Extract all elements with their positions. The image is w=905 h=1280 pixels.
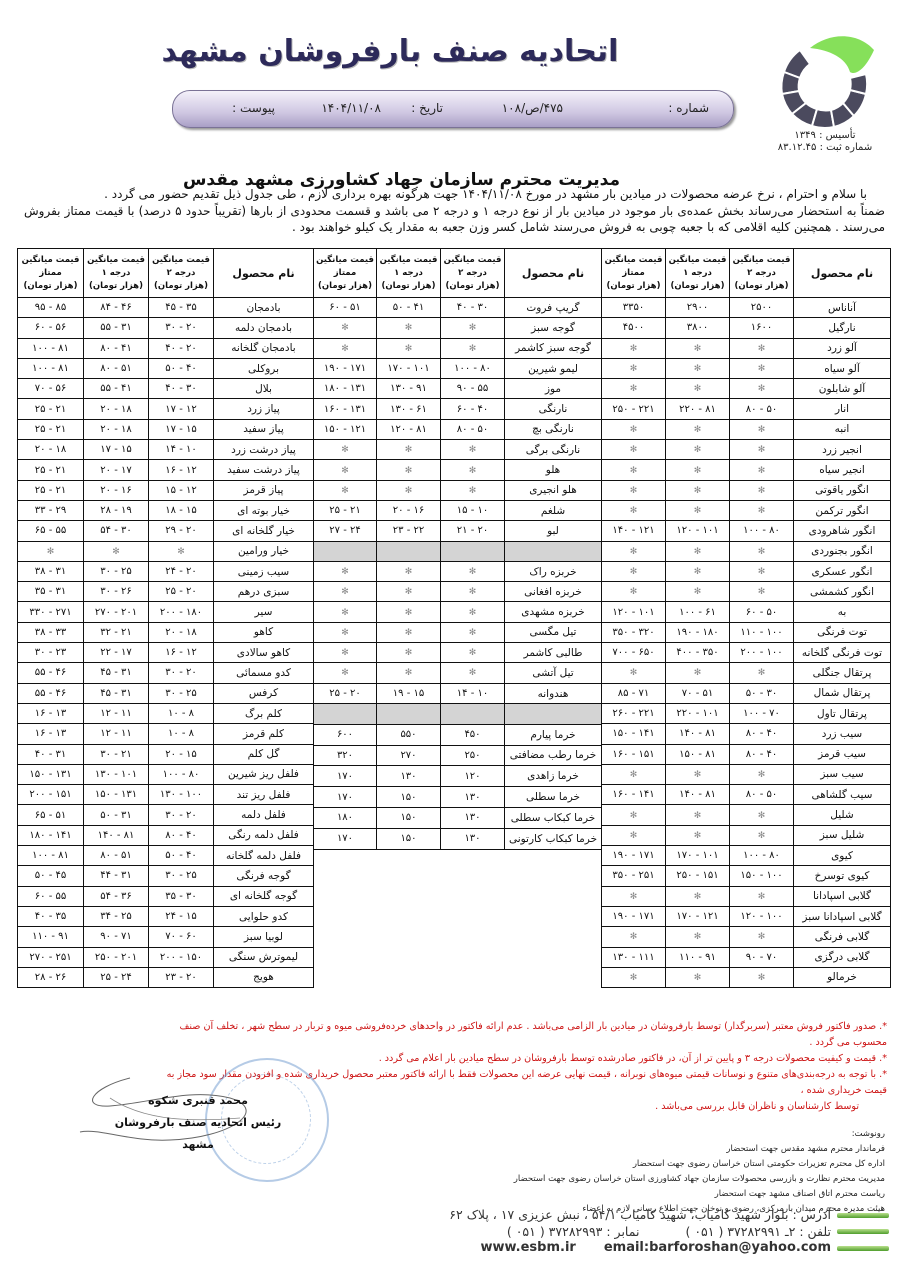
premium-price: ۱۷۱ - ۱۹۰ — [602, 906, 666, 926]
empty-marker-icon: ✻ — [758, 567, 766, 577]
empty-marker-icon: ✻ — [758, 445, 766, 455]
table-row: گوجه فرنگی۲۵ - ۳۰۳۱ - ۴۴۴۵ - ۵۰ — [18, 866, 314, 886]
premium-price: ✻ — [602, 764, 666, 784]
grade2-price: ✻ — [730, 561, 794, 581]
premium-price: ۲۱ - ۲۵ — [18, 460, 84, 480]
product-name: فلفل دلمه رنگی — [214, 825, 314, 845]
grade1-price: ۳۸۰۰ — [666, 318, 730, 338]
grade1-price: ✻ — [666, 358, 730, 378]
grade2-price: ✻ — [441, 338, 505, 358]
org-title: اتحادیه صنف بارفروشان مشهد — [150, 34, 630, 69]
premium-price: ۱۱۱ - ۱۳۰ — [602, 947, 666, 967]
registration-number: شماره ثبت : ۸۳.۱۲.۴۵ — [760, 142, 890, 154]
empty-marker-icon: ✻ — [469, 648, 477, 658]
grade1-price: ✻ — [377, 663, 441, 683]
premium-price: ۱۲۱ - ۱۴۰ — [602, 521, 666, 541]
product-name: گلابی درگزی — [794, 947, 891, 967]
product-name: آلو شابلون — [794, 379, 891, 399]
product-name: انگور عسکری — [794, 561, 891, 581]
premium-price: ✻ — [314, 338, 377, 358]
grade1-price: ۳۱ - ۴۵ — [84, 683, 149, 703]
header-grade1-price: قیمت میانگیندرجه ۱(هزار تومان) — [84, 249, 149, 298]
premium-price: ۲۱ - ۲۵ — [18, 480, 84, 500]
grade1-price: ۲۵ - ۳۴ — [84, 906, 149, 926]
premium-price: ✻ — [602, 358, 666, 378]
empty-marker-icon: ✻ — [694, 466, 702, 476]
grade2-price: ✻ — [441, 643, 505, 663]
product-name: گلابی اسپادانا — [794, 886, 891, 906]
grade2-price: ۱۳۰ — [441, 828, 505, 849]
premium-price: ۲۲۱ - ۲۵۰ — [602, 399, 666, 419]
empty-marker-icon: ✻ — [758, 425, 766, 435]
table-row: خیار ورامین✻✻✻ — [18, 541, 314, 561]
table-row: فلفل دلمه گلخانه۴۰ - ۵۰۵۱ - ۸۰۸۱ - ۱۰۰ — [18, 846, 314, 866]
product-name: کلم قرمز — [214, 724, 314, 744]
grade1-price: ۱۵۰ — [377, 787, 441, 808]
header-line: قیمت میانگین — [377, 254, 440, 267]
product-name: پیاز قرمز — [214, 480, 314, 500]
signatory-name: محمد قنبری شکوه — [108, 1090, 288, 1112]
table-row: لیموترش سنگی۱۵۰ - ۲۰۰۲۰۱ - ۲۵۰۲۵۱ - ۲۷۰ — [18, 947, 314, 967]
product-name: خرما زاهدی — [505, 766, 602, 787]
premium-price: ۶۰۰ — [314, 724, 377, 745]
product-name: نارنگی برگی — [505, 440, 602, 460]
grade1-price: ✻ — [666, 338, 730, 358]
product-name: شلیل سبز — [794, 825, 891, 845]
grade2-price: ۳۵ - ۴۵ — [149, 298, 214, 318]
grade2-price: ۳۰ - ۴۰ — [149, 379, 214, 399]
product-name: هلو انجیری — [505, 480, 602, 500]
date-value: ۱۴۰۴/۱۱/۰۸ — [321, 101, 381, 115]
product-name: بلال — [214, 379, 314, 399]
product-name: شلیل — [794, 805, 891, 825]
premium-price: ۱۲۱ - ۱۵۰ — [314, 419, 377, 439]
product-name: انجیر زرد — [794, 440, 891, 460]
grade1-price: ✻ — [377, 602, 441, 622]
grade1-price: ✻ — [666, 541, 730, 561]
table-row: کلم برگ۸ - ۱۰۱۱ - ۱۲۱۳ - ۱۶ — [18, 703, 314, 723]
grade2-price: ۸۰ - ۱۰۰ — [441, 358, 505, 378]
empty-marker-icon: ✻ — [405, 567, 413, 577]
grade2-price: ۲۰ - ۴۰ — [149, 338, 214, 358]
product-name: بادمجان گلخانه — [214, 338, 314, 358]
table-row: کدو حلوایی۱۵ - ۲۴۲۵ - ۳۴۳۵ - ۴۰ — [18, 906, 314, 926]
premium-price: ✻ — [602, 967, 666, 987]
premium-price: ✻ — [314, 460, 377, 480]
product-name: انگور یاقوتی — [794, 480, 891, 500]
table-row: انگور شاهرودی۸۰ - ۱۰۰۱۰۱ - ۱۲۰۱۲۱ - ۱۴۰ — [602, 521, 891, 541]
product-name: پیاز درشت سفید — [214, 460, 314, 480]
grade1-price: ✻ — [666, 440, 730, 460]
grade2-price: ۴۵۰ — [441, 724, 505, 745]
product-name: خرمالو — [794, 967, 891, 987]
grade1-price: ✻ — [666, 764, 730, 784]
grade2-price: ✻ — [730, 967, 794, 987]
grade2-price: ✻ — [730, 379, 794, 399]
product-name: گوجه گلخانه ای — [214, 886, 314, 906]
grade2-price: ۵۰ - ۶۰ — [730, 602, 794, 622]
grade1-price: ✻ — [377, 318, 441, 338]
empty-marker-icon: ✻ — [630, 973, 638, 983]
header-line: قیمت میانگین — [441, 254, 504, 267]
empty-marker-icon: ✻ — [758, 811, 766, 821]
grade2-price: ۸ - ۱۰ — [149, 703, 214, 723]
grade1-price — [377, 541, 441, 561]
empty-marker-icon: ✻ — [47, 547, 55, 557]
empty-marker-icon: ✻ — [630, 587, 638, 597]
premium-price: ۱۸ - ۲۰ — [18, 440, 84, 460]
table-row: آلو سیاه✻✻✻ — [602, 358, 891, 378]
grade2-price: ✻ — [730, 460, 794, 480]
header-line: درجه ۲ — [149, 267, 213, 280]
premium-price: ✻ — [602, 541, 666, 561]
grade2-price: ✻ — [730, 825, 794, 845]
grade2-price: ۲۰ - ۲۱ — [441, 521, 505, 541]
product-name: هلو — [505, 460, 602, 480]
product-name — [505, 541, 602, 561]
product-name: انبه — [794, 419, 891, 439]
premium-price: ۲۴ - ۲۷ — [314, 521, 377, 541]
product-name: تیل آتشی — [505, 663, 602, 683]
header-line: ممتاز — [314, 267, 376, 280]
grade2-price: ✻ — [730, 764, 794, 784]
product-name: بادمجان — [214, 298, 314, 318]
grade2-price: ۵۰ - ۸۰ — [730, 399, 794, 419]
grade1-price: ۷۱ - ۹۰ — [84, 927, 149, 947]
grade1-price: ۳۱ - ۴۵ — [84, 663, 149, 683]
empty-marker-icon: ✻ — [758, 932, 766, 942]
grade2-price: ۱۰ - ۱۴ — [149, 440, 214, 460]
table-row: انگور عسکری✻✻✻ — [602, 561, 891, 581]
table-row: خربزه مشهدی✻✻✻ — [314, 602, 602, 622]
grade2-price: ✻ — [730, 541, 794, 561]
grade2-price: ۱۵ - ۲۰ — [149, 744, 214, 764]
grade1-price: ✻ — [666, 379, 730, 399]
product-name: فلفل ریز تند — [214, 785, 314, 805]
product-name: تیل مگسی — [505, 622, 602, 642]
product-name: فلفل ریز شیرین — [214, 764, 314, 784]
grade1-price: ۵۱ - ۸۰ — [84, 846, 149, 866]
header-line: درجه ۲ — [730, 267, 793, 280]
grade1-price: ۲۱ - ۳۲ — [84, 622, 149, 642]
logo-meta: تأسیس : ۱۳۴۹ شماره ثبت : ۸۳.۱۲.۴۵ — [760, 130, 890, 154]
product-name: آناناس — [794, 298, 891, 318]
grade1-price: ۱۵۰ — [377, 828, 441, 849]
empty-marker-icon: ✻ — [630, 466, 638, 476]
empty-marker-icon: ✻ — [405, 486, 413, 496]
grade1-price: ✻ — [377, 440, 441, 460]
table-row: پیاز درشت سفید۱۲ - ۱۶۱۷ - ۲۰۲۱ - ۲۵ — [18, 460, 314, 480]
number-value: ۴۷۵/ص/۱۰۸ — [502, 101, 563, 115]
table-row: آلو زرد✻✻✻ — [602, 338, 891, 358]
product-name: لیموترش سنگی — [214, 947, 314, 967]
table-row: شلیل✻✻✻ — [602, 805, 891, 825]
grade1-price: ۹۱ - ۱۱۰ — [666, 947, 730, 967]
product-name: کاهو سالادی — [214, 643, 314, 663]
product-name: گلابی فرنگی — [794, 927, 891, 947]
signatory-title: رئیس اتحادیه صنف بارفروشان مشهد — [108, 1112, 288, 1156]
grade2-price: ۱۲ - ۱۵ — [149, 480, 214, 500]
header-line: (هزار تومان) — [730, 280, 793, 293]
premium-price: ✻ — [314, 582, 377, 602]
product-name: توت فرنگی گلخانه — [794, 643, 891, 663]
grade1-price: ۳۰ - ۵۴ — [84, 521, 149, 541]
grade2-price: ✻ — [730, 805, 794, 825]
header-line: (هزار تومان) — [149, 280, 213, 293]
grade1-price: ۲۹۰۰ — [666, 298, 730, 318]
grade1-price: ۱۸۰ - ۱۹۰ — [666, 622, 730, 642]
empty-marker-icon: ✻ — [758, 587, 766, 597]
premium-price: ✻ — [314, 622, 377, 642]
premium-price — [314, 541, 377, 561]
grade1-price: ۱۲۱ - ۱۷۰ — [666, 906, 730, 926]
grade2-price: ۴۰ - ۸۰ — [149, 825, 214, 845]
empty-marker-icon: ✻ — [469, 323, 477, 333]
premium-price: ✻ — [602, 825, 666, 845]
grade2-price: ۵۰ - ۸۰ — [441, 419, 505, 439]
table-row: تیل آتشی✻✻✻ — [314, 663, 602, 683]
empty-marker-icon: ✻ — [630, 668, 638, 678]
product-name: انجیر سیاه — [794, 460, 891, 480]
grade2-price: ✻ — [730, 500, 794, 520]
grade1-price: ۵۵۰ — [377, 724, 441, 745]
table-row: فلفل دلمه رنگی۴۰ - ۸۰۸۱ - ۱۴۰۱۴۱ - ۱۸۰ — [18, 825, 314, 845]
grade2-price: ✻ — [730, 480, 794, 500]
table-row: گوجه سبز کاشمر✻✻✻ — [314, 338, 602, 358]
empty-marker-icon: ✻ — [694, 364, 702, 374]
table-row: آناناس۲۵۰۰۲۹۰۰۳۳۵۰ — [602, 298, 891, 318]
grade1-price: ۱۵۰ — [377, 807, 441, 828]
empty-marker-icon: ✻ — [469, 587, 477, 597]
grade2-price: ✻ — [730, 358, 794, 378]
premium-price: ✻ — [602, 886, 666, 906]
cc-item: مدیریت محترم نظارت و بازرسی محصولات سازم… — [485, 1172, 885, 1187]
header-product-name: نام محصول — [505, 249, 602, 298]
grade2-price: ۲۰ - ۲۹ — [149, 521, 214, 541]
premium-price: ۳۳۵۰ — [602, 298, 666, 318]
grade2-price: ۱۰ - ۱۴ — [441, 683, 505, 704]
table-row: انجیر زرد✻✻✻ — [602, 440, 891, 460]
premium-price: ✻ — [602, 338, 666, 358]
grade2-price: ✻ — [149, 541, 214, 561]
grade2-price: ۱۵۰ - ۲۰۰ — [149, 947, 214, 967]
grade2-price: ۱۰ - ۱۵ — [441, 500, 505, 520]
table-row: انگور ترکمن✻✻✻ — [602, 500, 891, 520]
premium-price: ۸۱ - ۱۰۰ — [18, 846, 84, 866]
premium-price: ۳۱ - ۳۵ — [18, 582, 84, 602]
empty-marker-icon: ✻ — [341, 567, 349, 577]
grade2-price: ۲۰ - ۲۴ — [149, 561, 214, 581]
header-line: (هزار تومان) — [84, 280, 148, 293]
grade2-price: ۴۰ - ۵۰ — [149, 358, 214, 378]
empty-marker-icon: ✻ — [469, 567, 477, 577]
cc-item: فرماندار محترم مشهد مقدس جهت استحضار — [485, 1142, 885, 1157]
empty-marker-icon: ✻ — [341, 323, 349, 333]
phone: تلفن : ۲ـ ۳۷۲۸۲۹۹۱ ( ۰۵۱ ) — [685, 1224, 831, 1241]
cc-list: رونوشت: فرماندار محترم مشهد مقدس جهت است… — [485, 1127, 885, 1217]
empty-marker-icon: ✻ — [694, 587, 702, 597]
green-bar-icon — [837, 1213, 889, 1218]
grade1-price: ✻ — [666, 582, 730, 602]
empty-marker-icon: ✻ — [758, 384, 766, 394]
table-row: طالبی کاشمر✻✻✻ — [314, 643, 602, 663]
grade2-price: ۱۵ - ۱۸ — [149, 500, 214, 520]
grade1-price: ۴۱ - ۵۵ — [84, 379, 149, 399]
grade1-price: ✻ — [666, 927, 730, 947]
grade2-price: ۲۵ - ۳۰ — [149, 683, 214, 703]
grade1-price: ۱۶ - ۲۰ — [377, 500, 441, 520]
grade1-price: ۸۱ - ۱۴۰ — [666, 785, 730, 805]
grade2-price: ✻ — [441, 622, 505, 642]
grade1-price: ۹۱ - ۱۳۰ — [377, 379, 441, 399]
table-row: فلفل ریز تند۱۰۰ - ۱۳۰۱۳۱ - ۱۵۰۱۵۱ - ۲۰۰ — [18, 785, 314, 805]
header-grade1-price: قیمت میانگیندرجه ۱(هزار تومان) — [377, 249, 441, 298]
table-row: گلابی اسپادانا✻✻✻ — [602, 886, 891, 906]
product-name: نارنگی بچ — [505, 419, 602, 439]
premium-price: ۱۷۰ — [314, 787, 377, 808]
product-name: فلفل دلمه گلخانه — [214, 846, 314, 866]
grade2-price: ۱۲ - ۱۶ — [149, 460, 214, 480]
header-line: قیمت میانگین — [149, 254, 213, 267]
grade2-price: ✻ — [441, 440, 505, 460]
header-line: درجه ۲ — [441, 267, 504, 280]
grade2-price: ۳۰ - ۳۵ — [149, 886, 214, 906]
table-row: انگور یاقوتی✻✻✻ — [602, 480, 891, 500]
empty-marker-icon: ✻ — [758, 364, 766, 374]
premium-price: ✻ — [314, 440, 377, 460]
premium-price: ✻ — [602, 419, 666, 439]
premium-price: ۱۷۱ - ۱۹۰ — [314, 358, 377, 378]
grade1-price: ۱۵ - ۱۹ — [377, 683, 441, 704]
product-name: سیب گلشاهی — [794, 785, 891, 805]
grade1-price: ۲۷۰ — [377, 745, 441, 766]
grade2-price: ✻ — [441, 582, 505, 602]
table-row: گوجه گلخانه ای۳۰ - ۳۵۳۶ - ۵۴۵۵ - ۶۰ — [18, 886, 314, 906]
premium-price: ۱۷۰ — [314, 828, 377, 849]
premium-price: ✻ — [602, 927, 666, 947]
empty-marker-icon: ✻ — [341, 628, 349, 638]
header-line: قیمت میانگین — [730, 254, 793, 267]
header-line: قیمت میانگین — [314, 254, 376, 267]
product-name: سیب زرد — [794, 724, 891, 744]
table-row: انجیر سیاه✻✻✻ — [602, 460, 891, 480]
product-name: سیب سبز — [794, 764, 891, 784]
header-grade1-price: قیمت میانگیندرجه ۱(هزار تومان) — [666, 249, 730, 298]
empty-marker-icon: ✻ — [758, 831, 766, 841]
reference-bar: شماره : ۴۷۵/ص/۱۰۸ تاریخ : ۱۴۰۴/۱۱/۰۸ پیو… — [172, 90, 734, 128]
paragraph-2: ضمناً به استحضار می‌رساند بخش عمده‌ی بار… — [24, 203, 885, 236]
premium-price: ✻ — [314, 663, 377, 683]
empty-marker-icon: ✻ — [469, 486, 477, 496]
product-name: سیب زمینی — [214, 561, 314, 581]
empty-marker-icon: ✻ — [341, 668, 349, 678]
grade2-price: ✻ — [441, 561, 505, 581]
premium-price: ✻ — [602, 379, 666, 399]
empty-marker-icon: ✻ — [694, 932, 702, 942]
address-row: آدرس : بلوار شهید کامیاب، شهید کامیاب ۵۴… — [449, 1207, 889, 1224]
premium-price: ۳۲۰ — [314, 745, 377, 766]
table-row: نارنگی برگی✻✻✻ — [314, 440, 602, 460]
premium-price: ۴۶ - ۵۵ — [18, 663, 84, 683]
premium-price: ۱۳۱ - ۱۸۰ — [314, 379, 377, 399]
grade1-price: ✻ — [377, 460, 441, 480]
table-row: نارنگی بچ۵۰ - ۸۰۸۱ - ۱۲۰۱۲۱ - ۱۵۰ — [314, 419, 602, 439]
product-name: انگور کشمشی — [794, 582, 891, 602]
product-name: سیر — [214, 602, 314, 622]
header-line: (هزار تومان) — [377, 280, 440, 293]
table-row: موز۵۵ - ۹۰۹۱ - ۱۳۰۱۳۱ - ۱۸۰ — [314, 379, 602, 399]
product-name: به — [794, 602, 891, 622]
cc-item: ریاست محترم اتاق اصناف مشهد جهت استحضار — [485, 1187, 885, 1202]
premium-price: ۱۵۱ - ۲۰۰ — [18, 785, 84, 805]
price-table-fruits-a: نام محصولقیمت میانگیندرجه ۲(هزار تومان)ق… — [601, 248, 891, 988]
grade1-price: ۴۶ - ۸۴ — [84, 298, 149, 318]
table-row: سبزی درهم۲۰ - ۲۵۲۶ - ۳۰۳۱ - ۳۵ — [18, 582, 314, 602]
empty-marker-icon: ✻ — [630, 384, 638, 394]
union-logo-icon — [770, 28, 880, 138]
email-link[interactable]: email:barforoshan@yahoo.com — [604, 1240, 831, 1257]
premium-price: ۸۵ - ۹۵ — [18, 298, 84, 318]
website-link[interactable]: www.esbm.ir — [480, 1240, 575, 1257]
premium-price: ۶۵۰ - ۷۰۰ — [602, 643, 666, 663]
product-name: کلم برگ — [214, 703, 314, 723]
empty-marker-icon: ✻ — [630, 811, 638, 821]
grade1-price: ۶۱ - ۱۰۰ — [666, 602, 730, 622]
grade1-price: ۱۱ - ۱۲ — [84, 724, 149, 744]
grade1-price: ۸۱ - ۱۴۰ — [84, 825, 149, 845]
premium-price: ۱۴۱ - ۱۵۰ — [602, 724, 666, 744]
empty-marker-icon: ✻ — [758, 344, 766, 354]
header-grade2-price: قیمت میانگیندرجه ۲(هزار تومان) — [149, 249, 214, 298]
grade2-price: ✻ — [730, 663, 794, 683]
grade2-price: ۲۰ - ۳۰ — [149, 805, 214, 825]
header-line: قیمت میانگین — [18, 254, 83, 267]
table-row: کرفس۲۵ - ۳۰۳۱ - ۴۵۴۶ - ۵۵ — [18, 683, 314, 703]
note-1: *. صدور فاکتور فروش معتبر (سربرگدار) توس… — [150, 1019, 887, 1051]
grade1-price: ✻ — [377, 643, 441, 663]
product-name: پیاز زرد — [214, 399, 314, 419]
product-name: گریپ فروت — [505, 298, 602, 318]
table-row: هویج۲۰ - ۲۳۲۴ - ۲۵۲۶ - ۲۸ — [18, 967, 314, 987]
product-name: خرما پیارم — [505, 724, 602, 745]
premium-price: ۹۱ - ۱۱۰ — [18, 927, 84, 947]
table-row: خرمالو✻✻✻ — [602, 967, 891, 987]
premium-price: ✻ — [602, 460, 666, 480]
premium-price: ۲۵۱ - ۳۵۰ — [602, 866, 666, 886]
empty-marker-icon: ✻ — [341, 486, 349, 496]
grade2-price: ۲۰ - ۲۳ — [149, 967, 214, 987]
grade2-price: ۱۰۰ - ۱۲۰ — [730, 906, 794, 926]
grade2-price: ۳۰ - ۴۰ — [441, 298, 505, 318]
empty-marker-icon: ✻ — [630, 486, 638, 496]
premium-price: ✻ — [314, 318, 377, 338]
premium-price: ✻ — [314, 561, 377, 581]
empty-marker-icon: ✻ — [694, 831, 702, 841]
empty-marker-icon: ✻ — [405, 466, 413, 476]
header-line: درجه ۱ — [377, 267, 440, 280]
header-line: (هزار تومان) — [441, 280, 504, 293]
empty-marker-icon: ✻ — [630, 567, 638, 577]
header-line: ممتاز — [602, 267, 665, 280]
premium-price: ۸۱ - ۱۰۰ — [18, 338, 84, 358]
grade2-price: ۱۵ - ۲۴ — [149, 906, 214, 926]
product-name: کدو مسمائی — [214, 663, 314, 683]
empty-marker-icon: ✻ — [630, 932, 638, 942]
header-line: درجه ۱ — [84, 267, 148, 280]
grade1-price: ✻ — [666, 460, 730, 480]
empty-marker-icon: ✻ — [694, 668, 702, 678]
premium-price: ۱۷۰ — [314, 766, 377, 787]
